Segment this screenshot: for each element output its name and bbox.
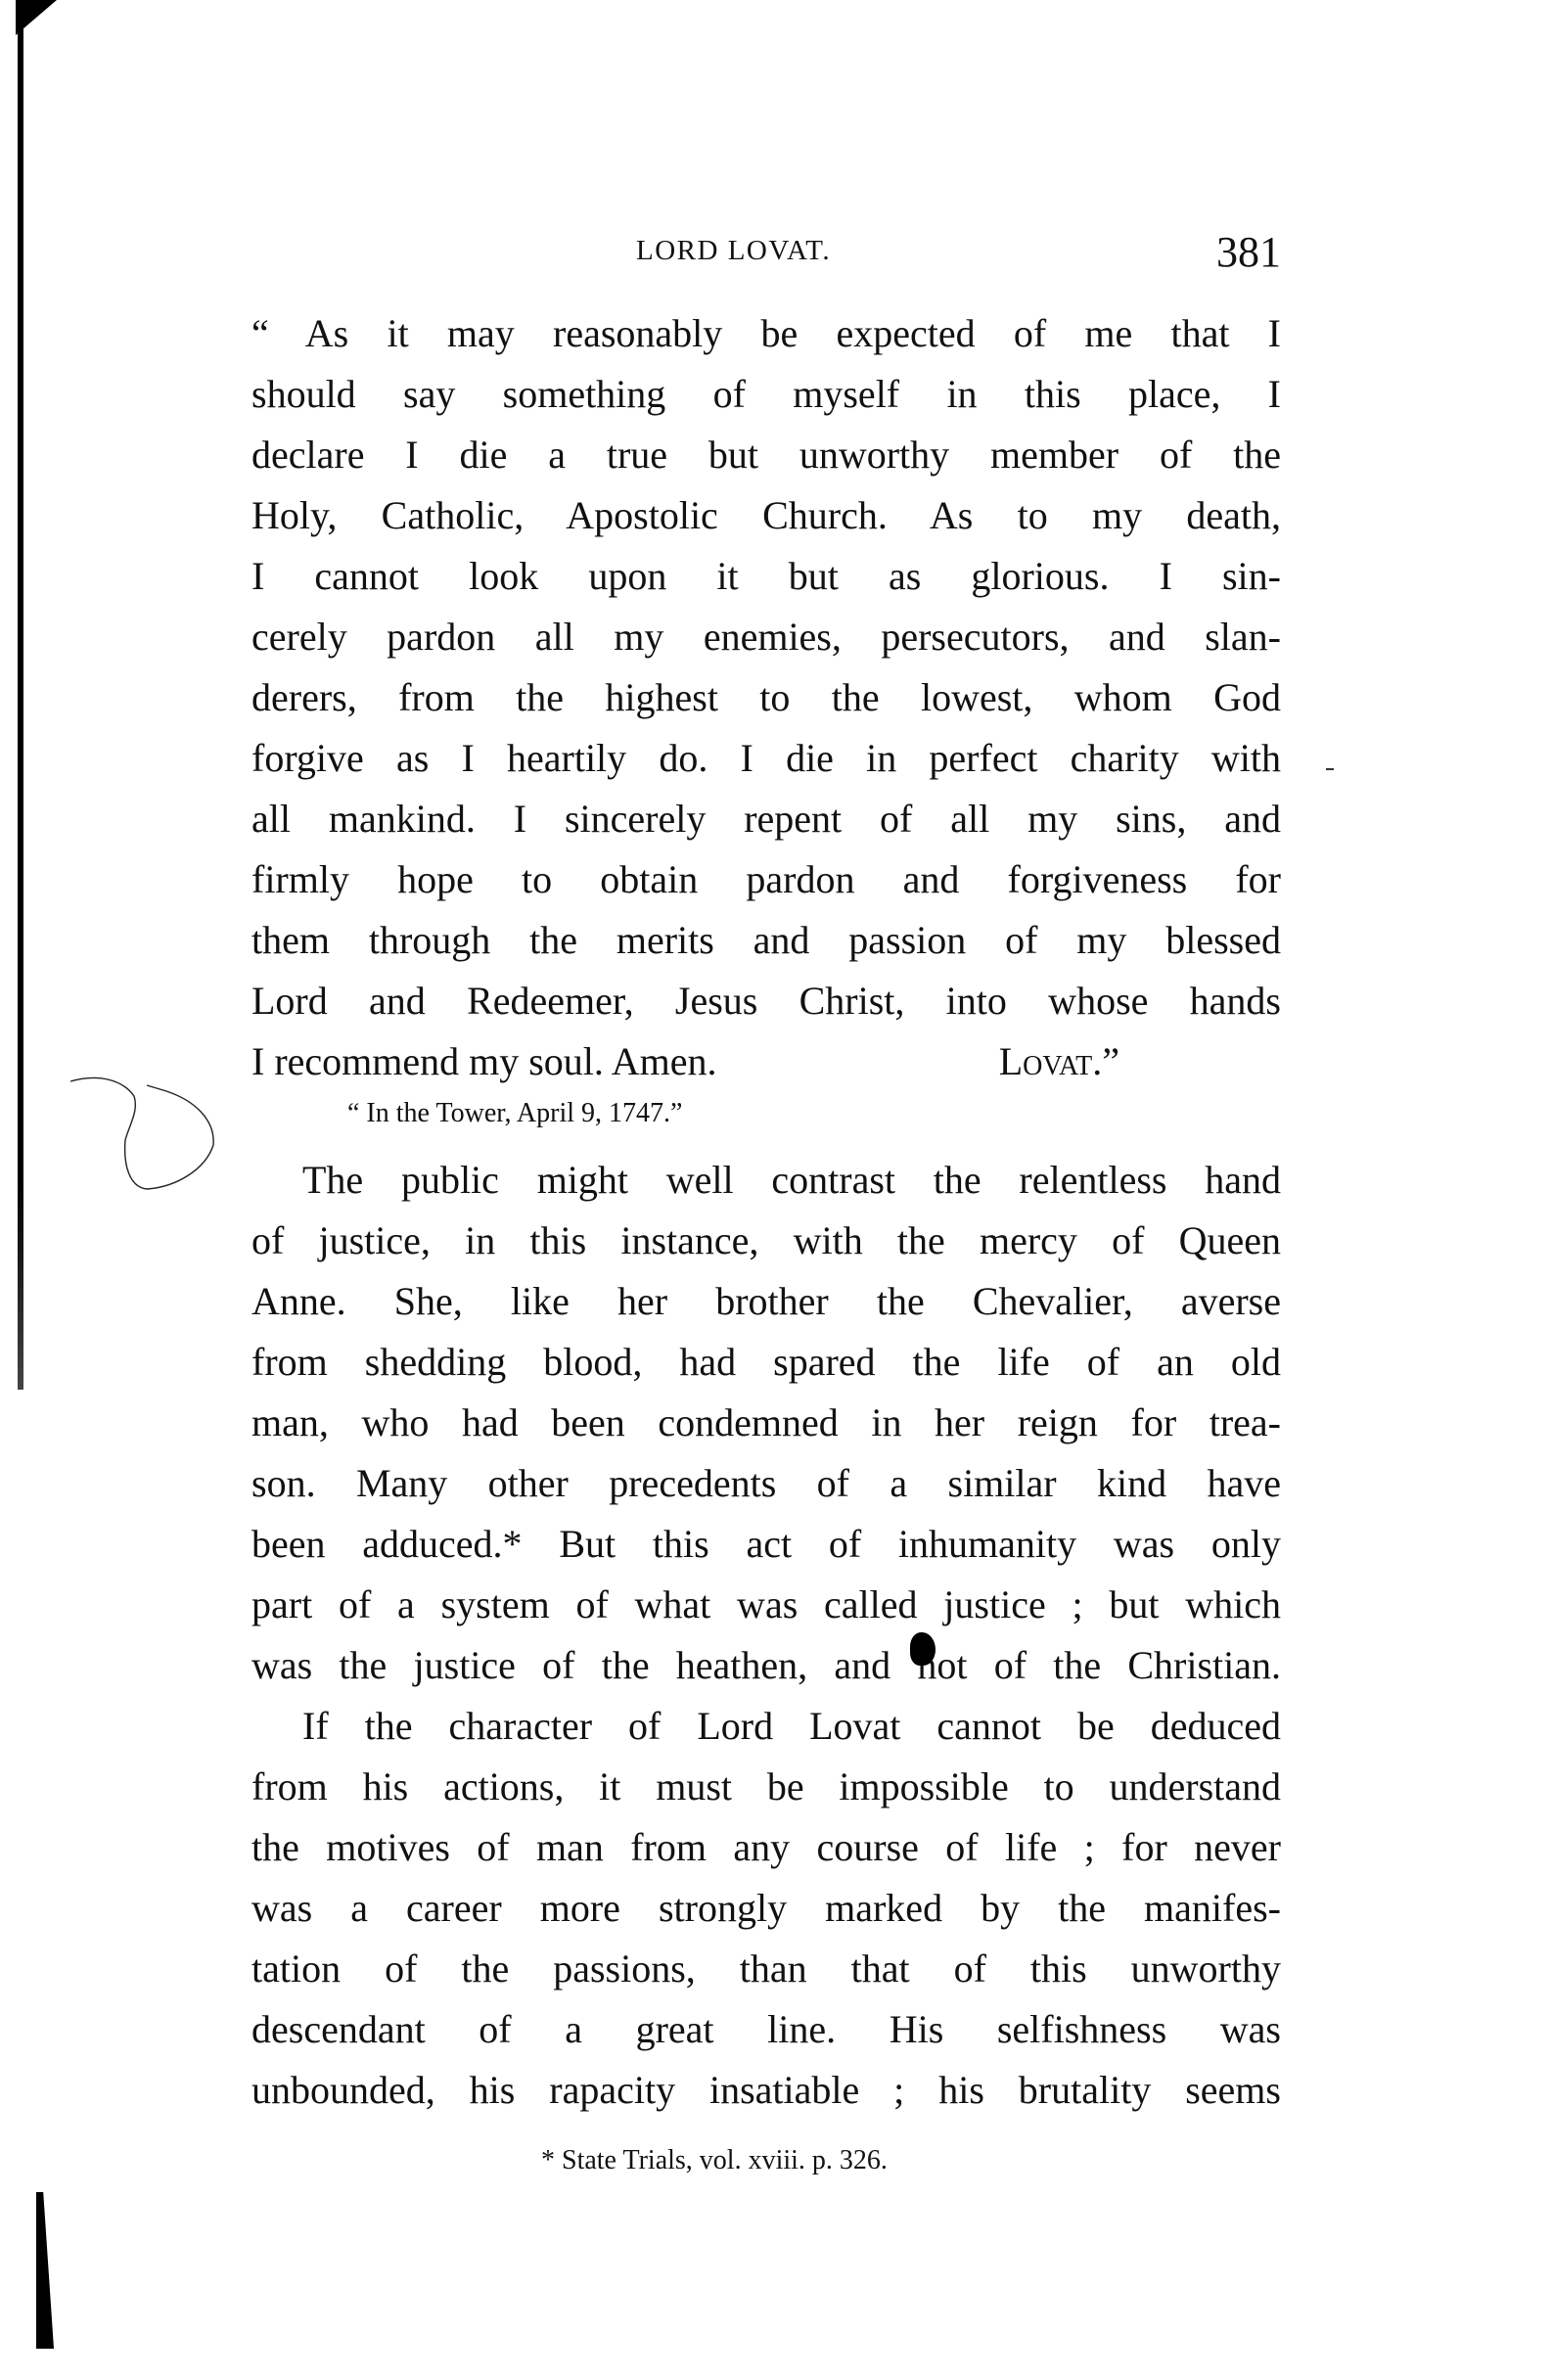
- text-line: man, who had been condemned in her reign…: [251, 1393, 1281, 1453]
- paragraph-1: The public might well contrast the relen…: [251, 1150, 1281, 1696]
- text-line: unbounded, his rapacity insatiable ; his…: [251, 2060, 1281, 2121]
- text-line: of justice, in this instance, with the m…: [251, 1211, 1281, 1271]
- stray-mark: [1326, 768, 1334, 770]
- text-line: been adduced.* But this act of inhumanit…: [251, 1514, 1281, 1575]
- text-line: all mankind. I sincerely repent of all m…: [251, 789, 1281, 849]
- quoted-declaration: “ As it may reasonably be expected of me…: [251, 303, 1281, 1092]
- text-line: should say something of myself in this p…: [251, 364, 1281, 425]
- text-line: Holy, Catholic, Apostolic Church. As to …: [251, 485, 1281, 546]
- text-line: descendant of a great line. His selfishn…: [251, 1999, 1281, 2060]
- text-line: If the character of Lord Lovat cannot be…: [251, 1696, 1281, 1757]
- running-header: LORD LOVAT. 381: [251, 227, 1281, 276]
- binding-edge-shadow: [18, 0, 23, 1390]
- text-line: I cannot look upon it but as glorious. I…: [251, 546, 1281, 607]
- text-line: them through the merits and passion of m…: [251, 910, 1281, 971]
- text-line: the motives of man from any course of li…: [251, 1817, 1281, 1878]
- text-line: “ As it may reasonably be expected of me…: [251, 303, 1281, 364]
- paragraph-2: If the character of Lord Lovat cannot be…: [251, 1696, 1281, 2121]
- text-line: from his actions, it must be impossible …: [251, 1757, 1281, 1817]
- footnote: * State Trials, vol. xviii. p. 326.: [541, 2141, 888, 2180]
- text-line: tation of the passions, than that of thi…: [251, 1939, 1281, 1999]
- closing-text: I recommend my soul. Amen.: [251, 1031, 716, 1092]
- text-line: was the justice of the heathen, and not …: [251, 1635, 1281, 1696]
- text-line: firmly hope to obtain pardon and forgive…: [251, 849, 1281, 910]
- text-line: forgive as I heartily do. I die in perfe…: [251, 728, 1281, 789]
- running-title: LORD LOVAT.: [636, 235, 831, 267]
- text-line: cerely pardon all my enemies, persecutor…: [251, 607, 1281, 667]
- text-line: declare I die a true but unworthy member…: [251, 425, 1281, 485]
- dateline: “ In the Tower, April 9, 1747.”: [347, 1094, 682, 1133]
- ink-blot: [910, 1632, 936, 1666]
- text-line: was a career more strongly marked by the…: [251, 1878, 1281, 1939]
- text-line: Anne. She, like her brother the Chevalie…: [251, 1271, 1281, 1332]
- text-line: The public might well contrast the relen…: [251, 1150, 1281, 1211]
- text-line: from shedding blood, had spared the life…: [251, 1332, 1281, 1393]
- binding-edge-shadow-bottom: [36, 2192, 54, 2349]
- text-line: part of a system of what was called just…: [251, 1575, 1281, 1635]
- signature: Lovat.”: [999, 1031, 1119, 1092]
- text-line: Lord and Redeemer, Jesus Christ, into wh…: [251, 971, 1281, 1031]
- pencil-loop-mark: [68, 1072, 225, 1209]
- page-number: 381: [1216, 227, 1281, 277]
- text-line: derers, from the highest to the lowest, …: [251, 667, 1281, 728]
- closing-line: I recommend my soul. Amen. Lovat.”: [251, 1031, 1281, 1092]
- text-line: son. Many other precedents of a similar …: [251, 1453, 1281, 1514]
